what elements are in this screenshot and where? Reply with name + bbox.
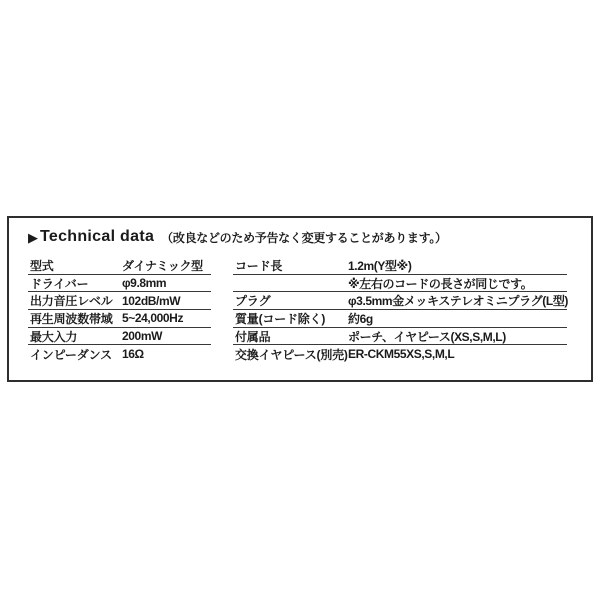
spec-value: ※左右のコードの長さが同じです。 <box>348 275 532 292</box>
spec-value: 16Ω <box>122 347 144 361</box>
spec-value: 1.2m(Y型※) <box>348 257 411 274</box>
spec-table-right: コード長1.2m(Y型※)※左右のコードの長さが同じです。プラグφ3.5mm金メ… <box>233 257 567 363</box>
spec-row: 交換イヤピース(別売)ER-CKM55XS,S,M,L <box>233 345 567 363</box>
panel-header: ▶ Technical data （改良などのため予告なく変更することがあります… <box>28 228 447 246</box>
spec-row: ドライバーφ9.8mm <box>28 275 211 293</box>
spec-value: ダイナミック型 <box>122 257 203 274</box>
spec-label: 質量(コード除く) <box>235 310 348 327</box>
spec-value: 5~24,000Hz <box>122 311 183 325</box>
spec-row: 最大入力200mW <box>28 328 211 346</box>
spec-row: ※左右のコードの長さが同じです。 <box>233 275 567 293</box>
spec-label: コード長 <box>235 257 348 274</box>
spec-tables: 型式ダイナミック型ドライバーφ9.8mm出力音圧レベル102dB/mW再生周波数… <box>28 257 567 363</box>
spec-value: φ3.5mm金メッキステレオミニプラグ(L型) <box>348 292 568 309</box>
spec-label: 交換イヤピース(別売) <box>235 346 348 363</box>
spec-row: 質量(コード除く)約6g <box>233 310 567 328</box>
spec-label: インピーダンス <box>30 346 122 363</box>
spec-row: インピーダンス16Ω <box>28 345 211 363</box>
spec-label: 再生周波数帯域 <box>30 310 122 327</box>
spec-value: φ9.8mm <box>122 276 166 290</box>
spec-row: プラグφ3.5mm金メッキステレオミニプラグ(L型) <box>233 292 567 310</box>
spec-row: コード長1.2m(Y型※) <box>233 257 567 275</box>
spec-label: 出力音圧レベル <box>30 292 122 309</box>
spec-label: ドライバー <box>30 275 122 292</box>
play-triangle-icon: ▶ <box>28 231 38 244</box>
spec-row: 型式ダイナミック型 <box>28 257 211 275</box>
spec-label: プラグ <box>235 292 348 309</box>
spec-row: 付属品ポーチ、イヤピース(XS,S,M,L) <box>233 328 567 346</box>
spec-label: 型式 <box>30 257 122 274</box>
spec-value: 200mW <box>122 329 162 343</box>
spec-value: ポーチ、イヤピース(XS,S,M,L) <box>348 328 506 345</box>
spec-value: 102dB/mW <box>122 294 180 308</box>
spec-value: 約6g <box>348 310 373 327</box>
page-background: ▶ Technical data （改良などのため予告なく変更することがあります… <box>0 0 600 600</box>
spec-table-left: 型式ダイナミック型ドライバーφ9.8mm出力音圧レベル102dB/mW再生周波数… <box>28 257 211 363</box>
spec-row: 再生周波数帯域5~24,000Hz <box>28 310 211 328</box>
spec-row: 出力音圧レベル102dB/mW <box>28 292 211 310</box>
panel-disclaimer-note: （改良などのため予告なく変更することがあります。） <box>161 229 447 246</box>
spec-label: 最大入力 <box>30 328 122 345</box>
spec-label: 付属品 <box>235 328 348 345</box>
spec-value: ER-CKM55XS,S,M,L <box>348 347 454 361</box>
panel-title: Technical data <box>40 228 154 246</box>
technical-data-panel: ▶ Technical data （改良などのため予告なく変更することがあります… <box>7 216 593 382</box>
